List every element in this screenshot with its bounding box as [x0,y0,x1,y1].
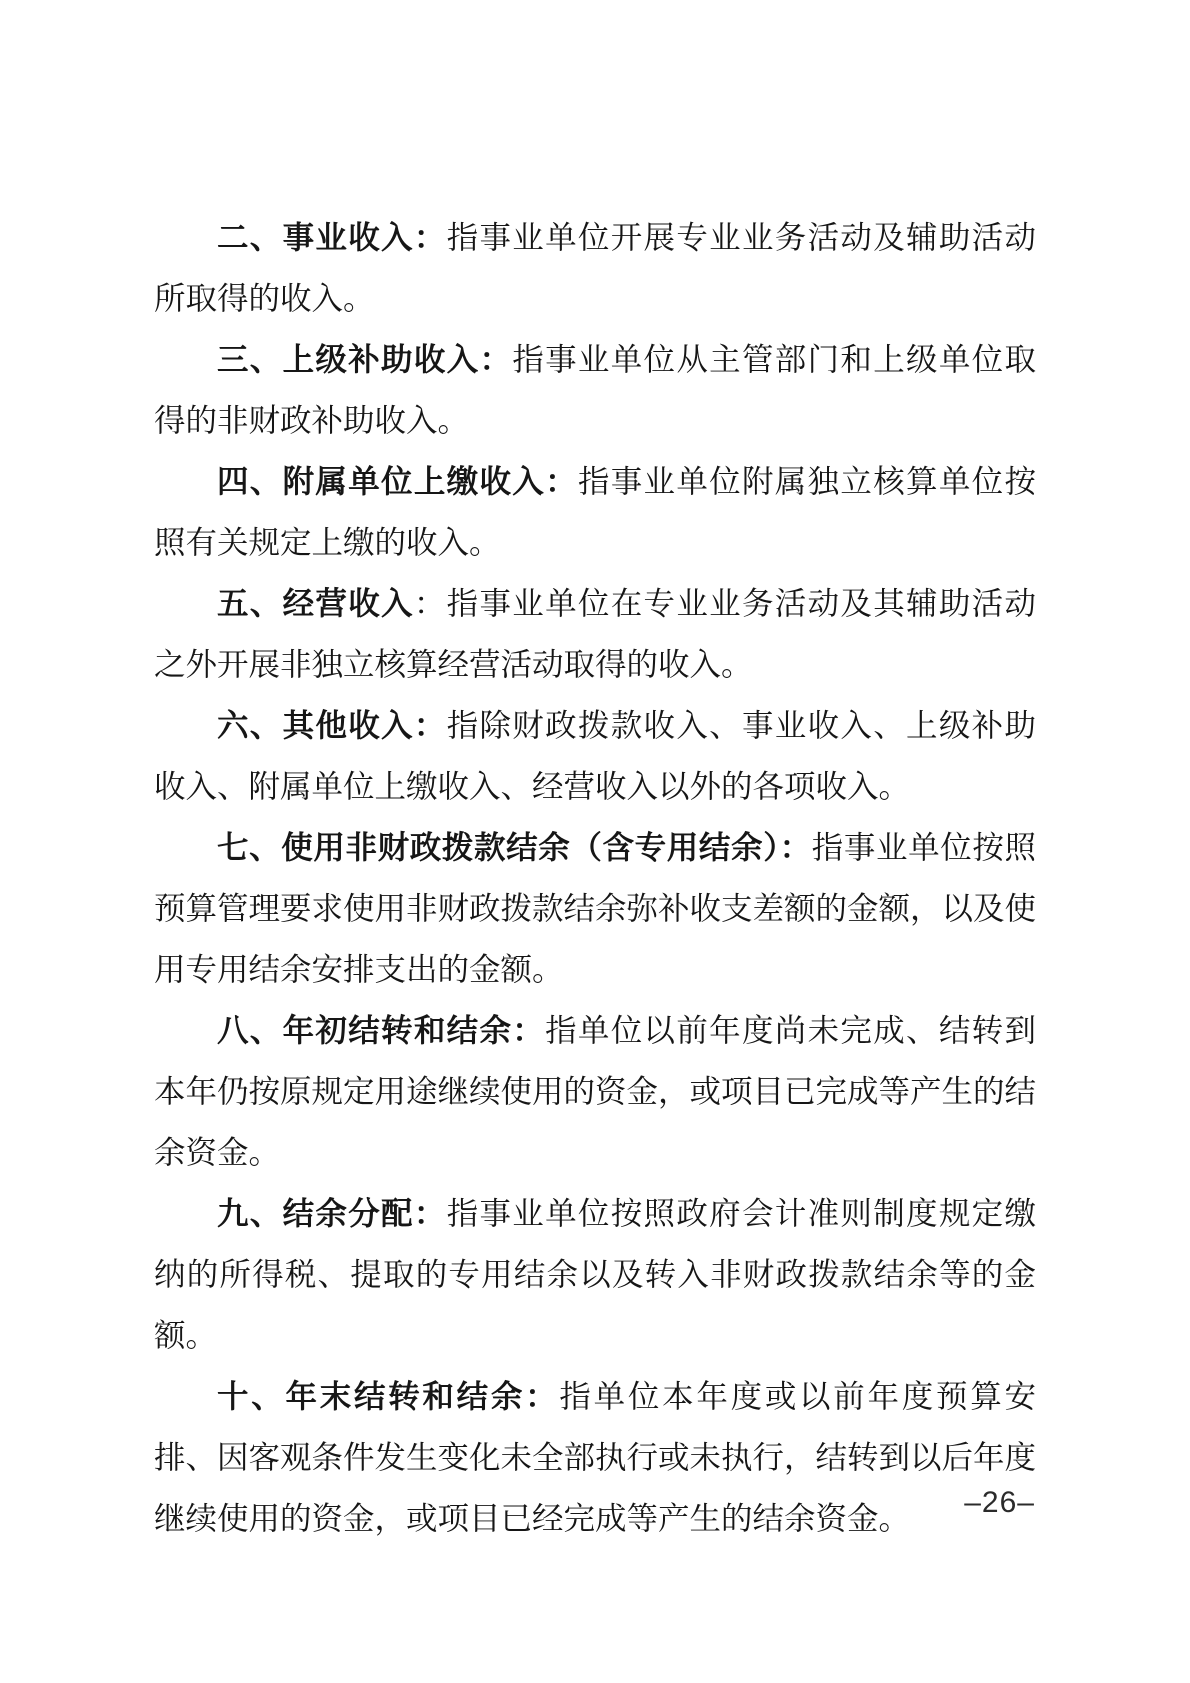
definition-term: 十、年末结转和结余： [217,1379,559,1414]
page-number: –26– [964,1486,1035,1520]
definitions-section: 二、事业收入：指事业单位开展专业业务活动及辅助活动所取得的收入。 三、上级补助收… [154,207,1036,1549]
definition-paragraph: 八、年初结转和结余：指单位以前年度尚未完成、结转到本年仍按原规定用途继续使用的资… [154,1000,1036,1183]
definition-term: 七、使用非财政拨款结余（含专用结余）： [217,830,812,865]
definition-term: 九、结余分配： [217,1196,447,1231]
definition-term: 六、其他收入： [217,708,447,743]
definition-paragraph: 二、事业收入：指事业单位开展专业业务活动及辅助活动所取得的收入。 [154,207,1036,329]
definition-paragraph: 四、附属单位上缴收入：指事业单位附属独立核算单位按照有关规定上缴的收入。 [154,451,1036,573]
definition-term: 四、附属单位上缴收入： [217,464,578,499]
definition-paragraph: 十、年末结转和结余：指单位本年度或以前年度预算安排、因客观条件发生变化未全部执行… [154,1366,1036,1549]
definition-paragraph: 三、上级补助收入：指事业单位从主管部门和上级单位取得的非财政补助收入。 [154,329,1036,451]
definition-term: 二、事业收入： [217,220,447,255]
definition-paragraph: 六、其他收入：指除财政拨款收入、事业收入、上级补助收入、附属单位上缴收入、经营收… [154,695,1036,817]
definition-paragraph: 五、经营收入：指事业单位在专业业务活动及其辅助活动之外开展非独立核算经营活动取得… [154,573,1036,695]
definition-term: 五、经营收入 [217,586,414,621]
definition-paragraph: 七、使用非财政拨款结余（含专用结余）：指事业单位按照预算管理要求使用非财政拨款结… [154,817,1036,1000]
definition-term: 八、年初结转和结余： [217,1013,545,1048]
document-page: 二、事业收入：指事业单位开展专业业务活动及辅助活动所取得的收入。 三、上级补助收… [0,0,1190,1683]
definition-term: 三、上级补助收入： [217,342,512,377]
definition-paragraph: 九、结余分配：指事业单位按照政府会计准则制度规定缴纳的所得税、提取的专用结余以及… [154,1183,1036,1366]
